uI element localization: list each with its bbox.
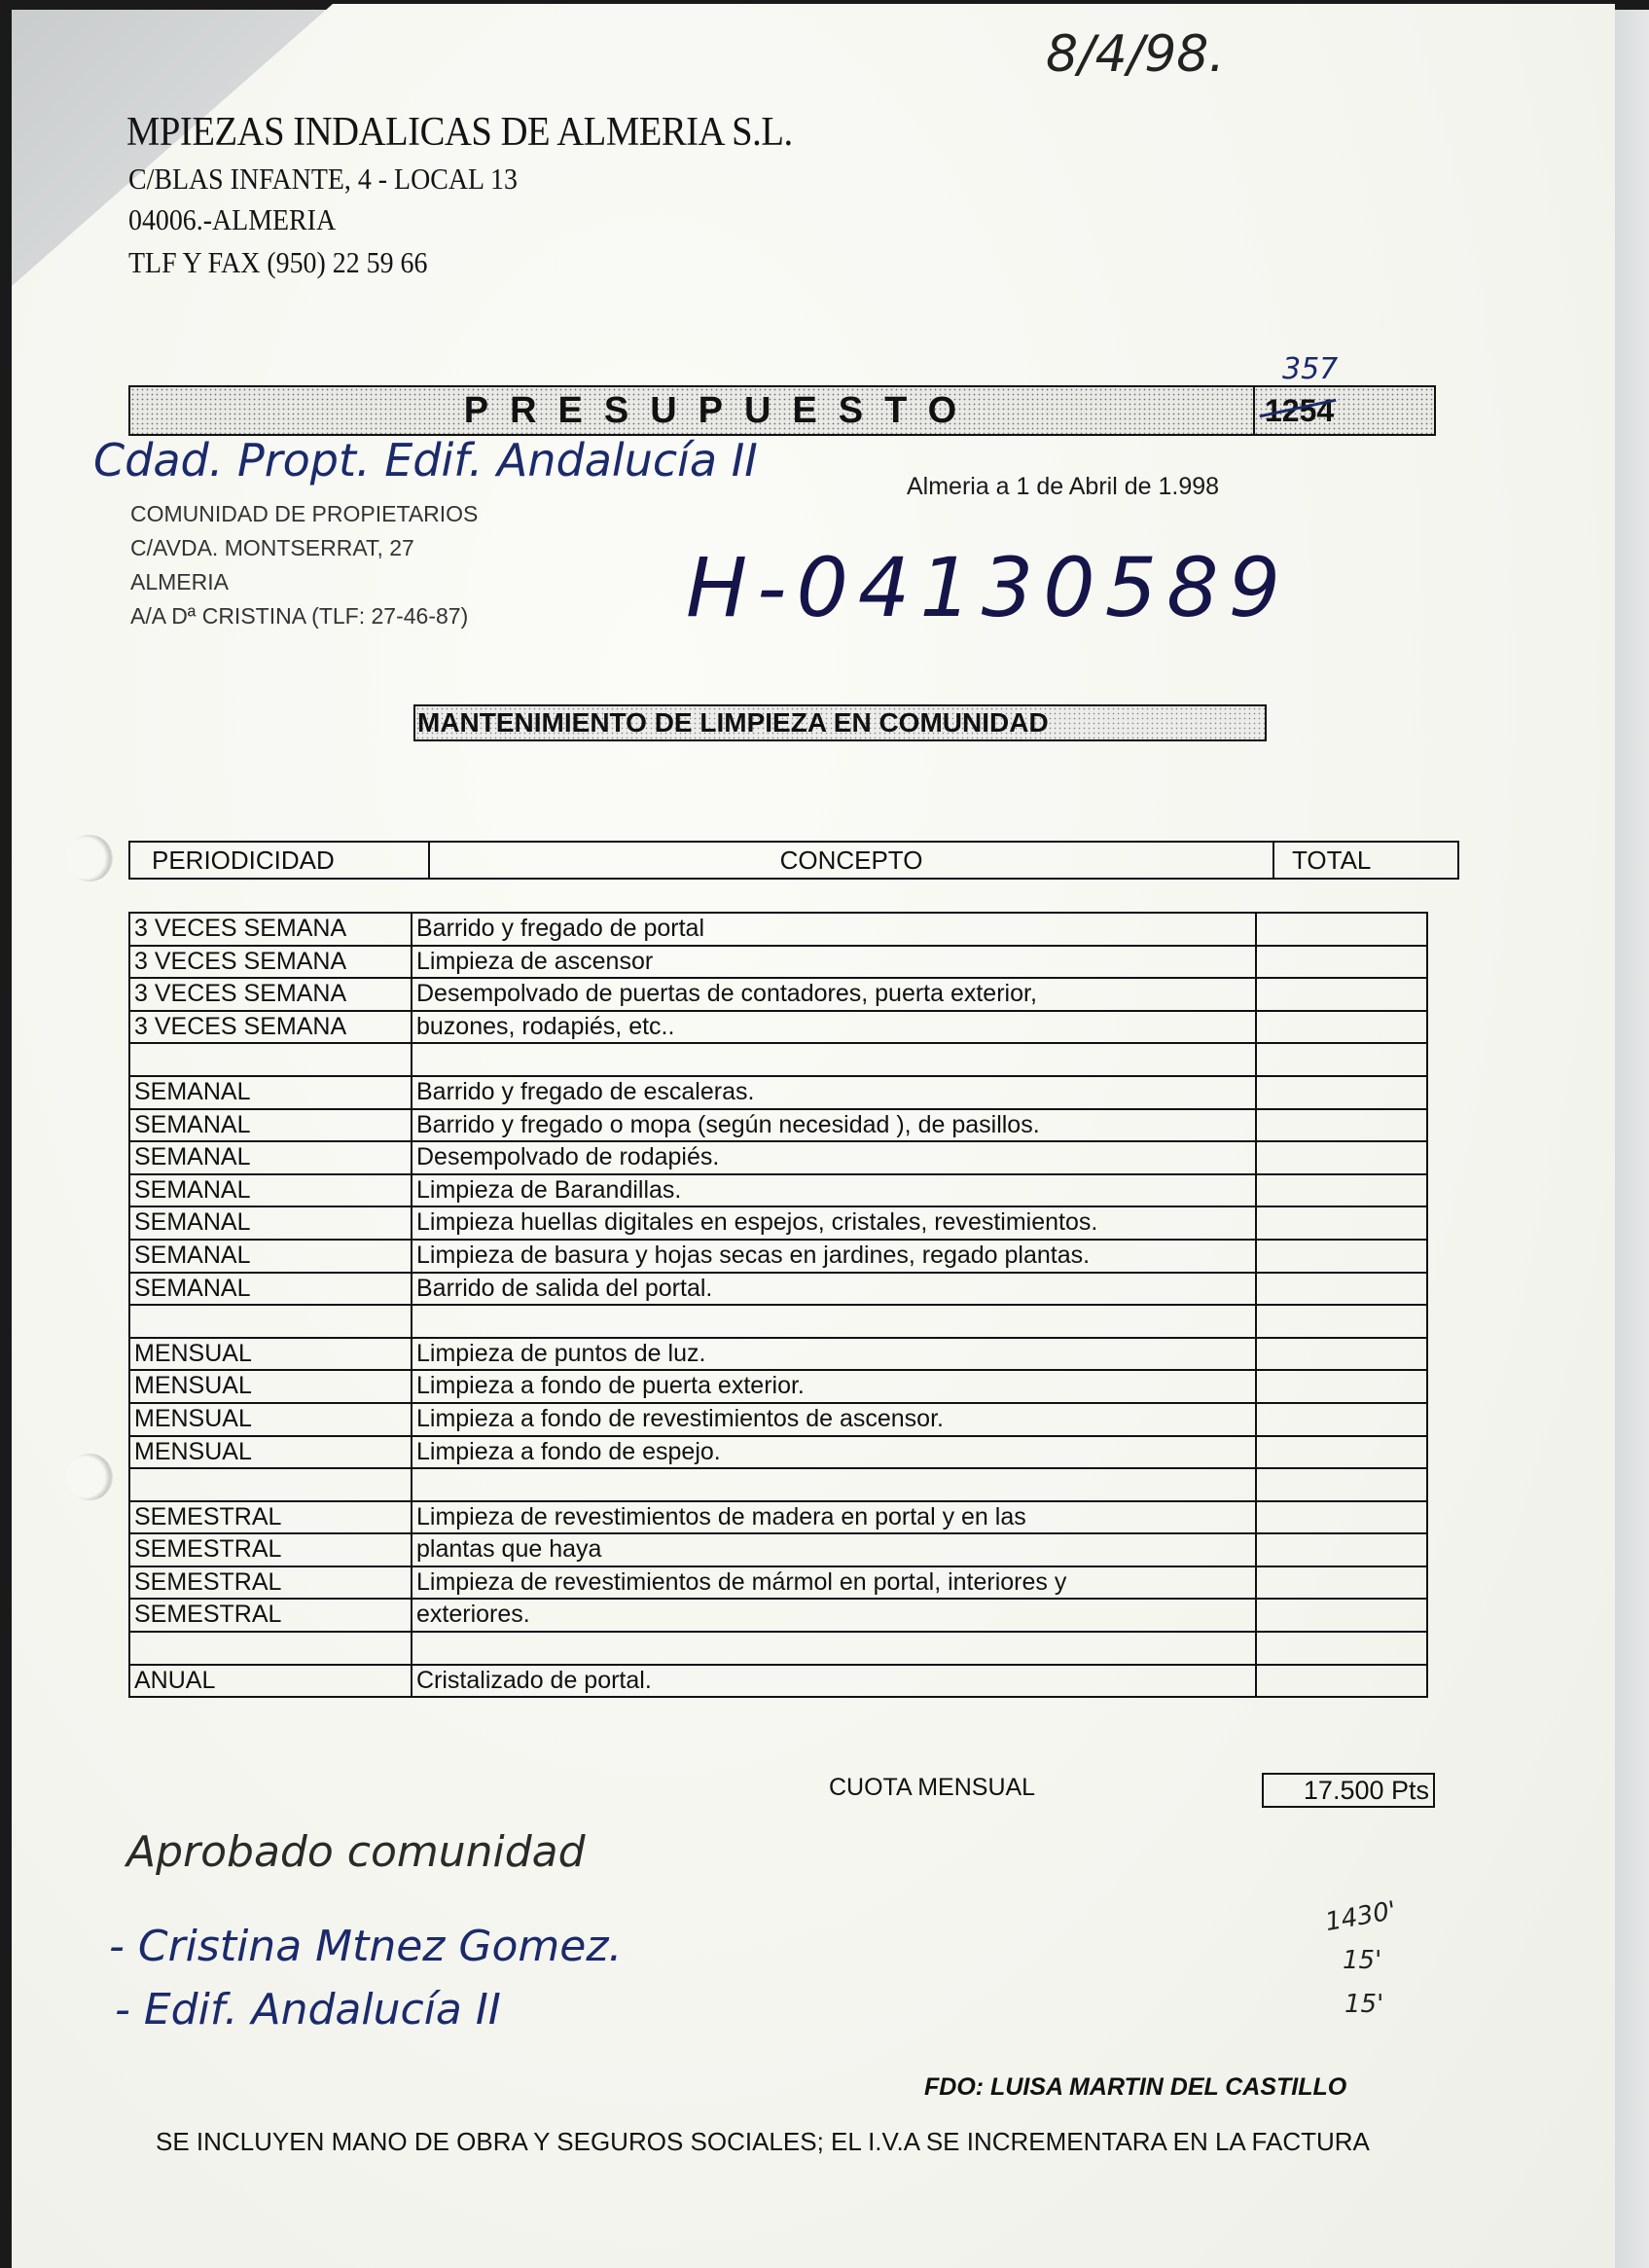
signature-line: FDO: LUISA MARTIN DEL CASTILLO (924, 2073, 1346, 2102)
concepto-cell: Limpieza de puntos de luz. (412, 1338, 1256, 1371)
table-row: MENSUALLimpieza a fondo de puerta exteri… (129, 1370, 1427, 1403)
periodicidad-cell: SEMESTRAL (129, 1566, 412, 1600)
table-row: SEMANALBarrido de salida del portal. (129, 1273, 1427, 1306)
concepto-cell (412, 1468, 1256, 1501)
periodicidad-cell: MENSUAL (129, 1436, 412, 1469)
periodicidad-cell: SEMANAL (129, 1141, 412, 1174)
handwritten-approval: Aprobado comunidad (126, 1827, 586, 1877)
handwritten-minutes: 15' (1344, 1990, 1383, 2019)
section-title: MANTENIMIENTO DE LIMPIEZA EN COMUNIDAD (413, 704, 1267, 741)
table-row (129, 1043, 1427, 1076)
concepto-cell: Limpieza a fondo de espejo. (412, 1436, 1256, 1469)
column-header-concepto: CONCEPTO (429, 842, 1273, 879)
periodicidad-cell: SEMESTRAL (129, 1599, 412, 1632)
total-cell (1256, 946, 1427, 979)
periodicidad-cell: 3 VECES SEMANA (129, 978, 412, 1011)
total-cell (1256, 1599, 1427, 1632)
handwritten-date: 8/4/98. (1046, 25, 1225, 84)
table-row (129, 1305, 1427, 1338)
table-row: SEMESTRALplantas que haya (129, 1533, 1427, 1566)
concepto-cell: Barrido y fregado o mopa (según necesida… (412, 1109, 1256, 1142)
total-cell (1256, 1468, 1427, 1501)
handwritten-contact: - Cristina Mtnez Gomez. (109, 1922, 622, 1971)
handwritten-minutes: 15' (1343, 1946, 1381, 1975)
budget-header-bar: PRESUPUESTO 1254 (128, 385, 1436, 436)
periodicidad-cell: MENSUAL (129, 1338, 412, 1371)
concepto-cell (412, 1305, 1256, 1338)
periodicidad-cell (129, 1632, 412, 1665)
table-row: 3 VECES SEMANABarrido y fregado de porta… (129, 913, 1427, 946)
concepto-cell: Limpieza huellas digitales en espejos, c… (412, 1206, 1256, 1240)
total-cell (1256, 1240, 1427, 1273)
monthly-fee-value: 17.500 Pts (1262, 1773, 1435, 1808)
table-row: SEMANALLimpieza de basura y hojas secas … (129, 1240, 1427, 1273)
total-cell (1256, 1533, 1427, 1566)
periodicidad-cell: SEMANAL (129, 1206, 412, 1240)
total-cell (1256, 1338, 1427, 1371)
periodicidad-cell: SEMESTRAL (129, 1533, 412, 1566)
total-cell (1256, 1273, 1427, 1306)
services-table-header: PERIODICIDAD CONCEPTO TOTAL (128, 841, 1459, 880)
company-name: MPIEZAS INDALICAS DE ALMERIA S.L. (126, 109, 793, 156)
concepto-cell: Barrido de salida del portal. (412, 1273, 1256, 1306)
table-row: SEMANALLimpieza huellas digitales en esp… (129, 1206, 1427, 1240)
concepto-cell: buzones, rodapiés, etc.. (412, 1011, 1256, 1044)
total-cell (1256, 1632, 1427, 1665)
periodicidad-cell: SEMESTRAL (129, 1501, 412, 1534)
periodicidad-cell: 3 VECES SEMANA (129, 946, 412, 979)
table-row (129, 1468, 1427, 1501)
total-cell (1256, 913, 1427, 946)
company-city: 04006.-ALMERIA (128, 202, 336, 237)
concepto-cell: Limpieza de revestimientos de mármol en … (412, 1566, 1256, 1600)
table-row: MENSUALLimpieza de puntos de luz. (129, 1338, 1427, 1371)
periodicidad-cell: SEMANAL (129, 1240, 412, 1273)
hole-punch (66, 835, 113, 882)
concepto-cell: Limpieza de revestimientos de madera en … (412, 1501, 1256, 1534)
handwritten-recipient-note: Cdad. Propt. Edif. Andalucía II (93, 434, 758, 486)
table-row: SEMANALBarrido y fregado o mopa (según n… (129, 1109, 1427, 1142)
place-and-date: Almeria a 1 de Abril de 1.998 (907, 473, 1219, 501)
periodicidad-cell: MENSUAL (129, 1403, 412, 1436)
recipient-line: ALMERIA (130, 569, 229, 595)
monthly-fee-label: CUOTA MENSUAL (829, 1774, 1035, 1802)
column-header-periodicidad: PERIODICIDAD (129, 842, 429, 879)
concepto-cell: Limpieza de basura y hojas secas en jard… (412, 1240, 1256, 1273)
scan-backdrop (1615, 10, 1649, 2268)
column-header-total: TOTAL (1273, 842, 1458, 879)
services-table: 3 VECES SEMANABarrido y fregado de porta… (128, 912, 1428, 1698)
recipient-line: C/AVDA. MONTSERRAT, 27 (130, 535, 414, 561)
concepto-cell (412, 1043, 1256, 1076)
periodicidad-cell (129, 1468, 412, 1501)
total-cell (1256, 1076, 1427, 1109)
total-cell (1256, 1109, 1427, 1142)
handwritten-number: 357 (1282, 352, 1338, 386)
table-row: 3 VECES SEMANALimpieza de ascensor (129, 946, 1427, 979)
periodicidad-cell: SEMANAL (129, 1273, 412, 1306)
concepto-cell: Barrido y fregado de portal (412, 913, 1256, 946)
recipient-line: A/A Dª CRISTINA (TLF: 27-46-87) (130, 603, 468, 630)
table-row: SEMESTRALexteriores. (129, 1599, 1427, 1632)
concepto-cell: Desempolvado de rodapiés. (412, 1141, 1256, 1174)
concepto-cell: Limpieza de Barandillas. (412, 1174, 1256, 1207)
periodicidad-cell: SEMANAL (129, 1174, 412, 1207)
table-row: MENSUALLimpieza a fondo de espejo. (129, 1436, 1427, 1469)
total-cell (1256, 1370, 1427, 1403)
concepto-cell: Limpieza de ascensor (412, 946, 1256, 979)
total-cell (1256, 1141, 1427, 1174)
concepto-cell: Cristalizado de portal. (412, 1665, 1256, 1698)
handwritten-building: - Edif. Andalucía II (115, 1985, 501, 2034)
table-row: SEMANALDesempolvado de rodapiés. (129, 1141, 1427, 1174)
total-cell (1256, 1206, 1427, 1240)
table-row: 3 VECES SEMANAbuzones, rodapiés, etc.. (129, 1011, 1427, 1044)
total-cell (1256, 1305, 1427, 1338)
periodicidad-cell (129, 1305, 412, 1338)
periodicidad-cell: 3 VECES SEMANA (129, 913, 412, 946)
company-phone: TLF Y FAX (950) 22 59 66 (128, 245, 427, 280)
concepto-cell: Limpieza a fondo de revestimientos de as… (412, 1403, 1256, 1436)
concepto-cell (412, 1632, 1256, 1665)
periodicidad-cell: SEMANAL (129, 1109, 412, 1142)
total-cell (1256, 1174, 1427, 1207)
concepto-cell: Desempolvado de puertas de contadores, p… (412, 978, 1256, 1011)
table-row: SEMANALBarrido y fregado de escaleras. (129, 1076, 1427, 1109)
total-cell (1256, 1566, 1427, 1600)
table-row: ANUALCristalizado de portal. (129, 1665, 1427, 1698)
concepto-cell: Barrido y fregado de escaleras. (412, 1076, 1256, 1109)
total-cell (1256, 1011, 1427, 1044)
table-row: MENSUALLimpieza a fondo de revestimiento… (129, 1403, 1427, 1436)
total-cell (1256, 978, 1427, 1011)
periodicidad-cell (129, 1043, 412, 1076)
handwritten-reference-code: H-04130589 (686, 540, 1290, 635)
table-row: 3 VECES SEMANADesempolvado de puertas de… (129, 978, 1427, 1011)
company-address: C/BLAS INFANTE, 4 - LOCAL 13 (128, 162, 518, 197)
total-cell (1256, 1501, 1427, 1534)
table-row: SEMESTRALLimpieza de revestimientos de m… (129, 1566, 1427, 1600)
table-row: SEMANALLimpieza de Barandillas. (129, 1174, 1427, 1207)
recipient-line: COMUNIDAD DE PROPIETARIOS (130, 501, 478, 527)
footer-note: SE INCLUYEN MANO DE OBRA Y SEGUROS SOCIA… (156, 2127, 1370, 2157)
table-row: SEMESTRALLimpieza de revestimientos de m… (129, 1501, 1427, 1534)
periodicidad-cell: SEMANAL (129, 1076, 412, 1109)
periodicidad-cell: MENSUAL (129, 1370, 412, 1403)
budget-number: 1254 (1253, 387, 1434, 434)
total-cell (1256, 1665, 1427, 1698)
table-row (129, 1632, 1427, 1665)
concepto-cell: Limpieza a fondo de puerta exterior. (412, 1370, 1256, 1403)
total-cell (1256, 1436, 1427, 1469)
total-cell (1256, 1403, 1427, 1436)
hole-punch (66, 1454, 113, 1500)
concepto-cell: plantas que haya (412, 1533, 1256, 1566)
periodicidad-cell: 3 VECES SEMANA (129, 1011, 412, 1044)
total-cell (1256, 1043, 1427, 1076)
concepto-cell: exteriores. (412, 1599, 1256, 1632)
periodicidad-cell: ANUAL (129, 1665, 412, 1698)
budget-title: PRESUPUESTO (130, 387, 1253, 434)
